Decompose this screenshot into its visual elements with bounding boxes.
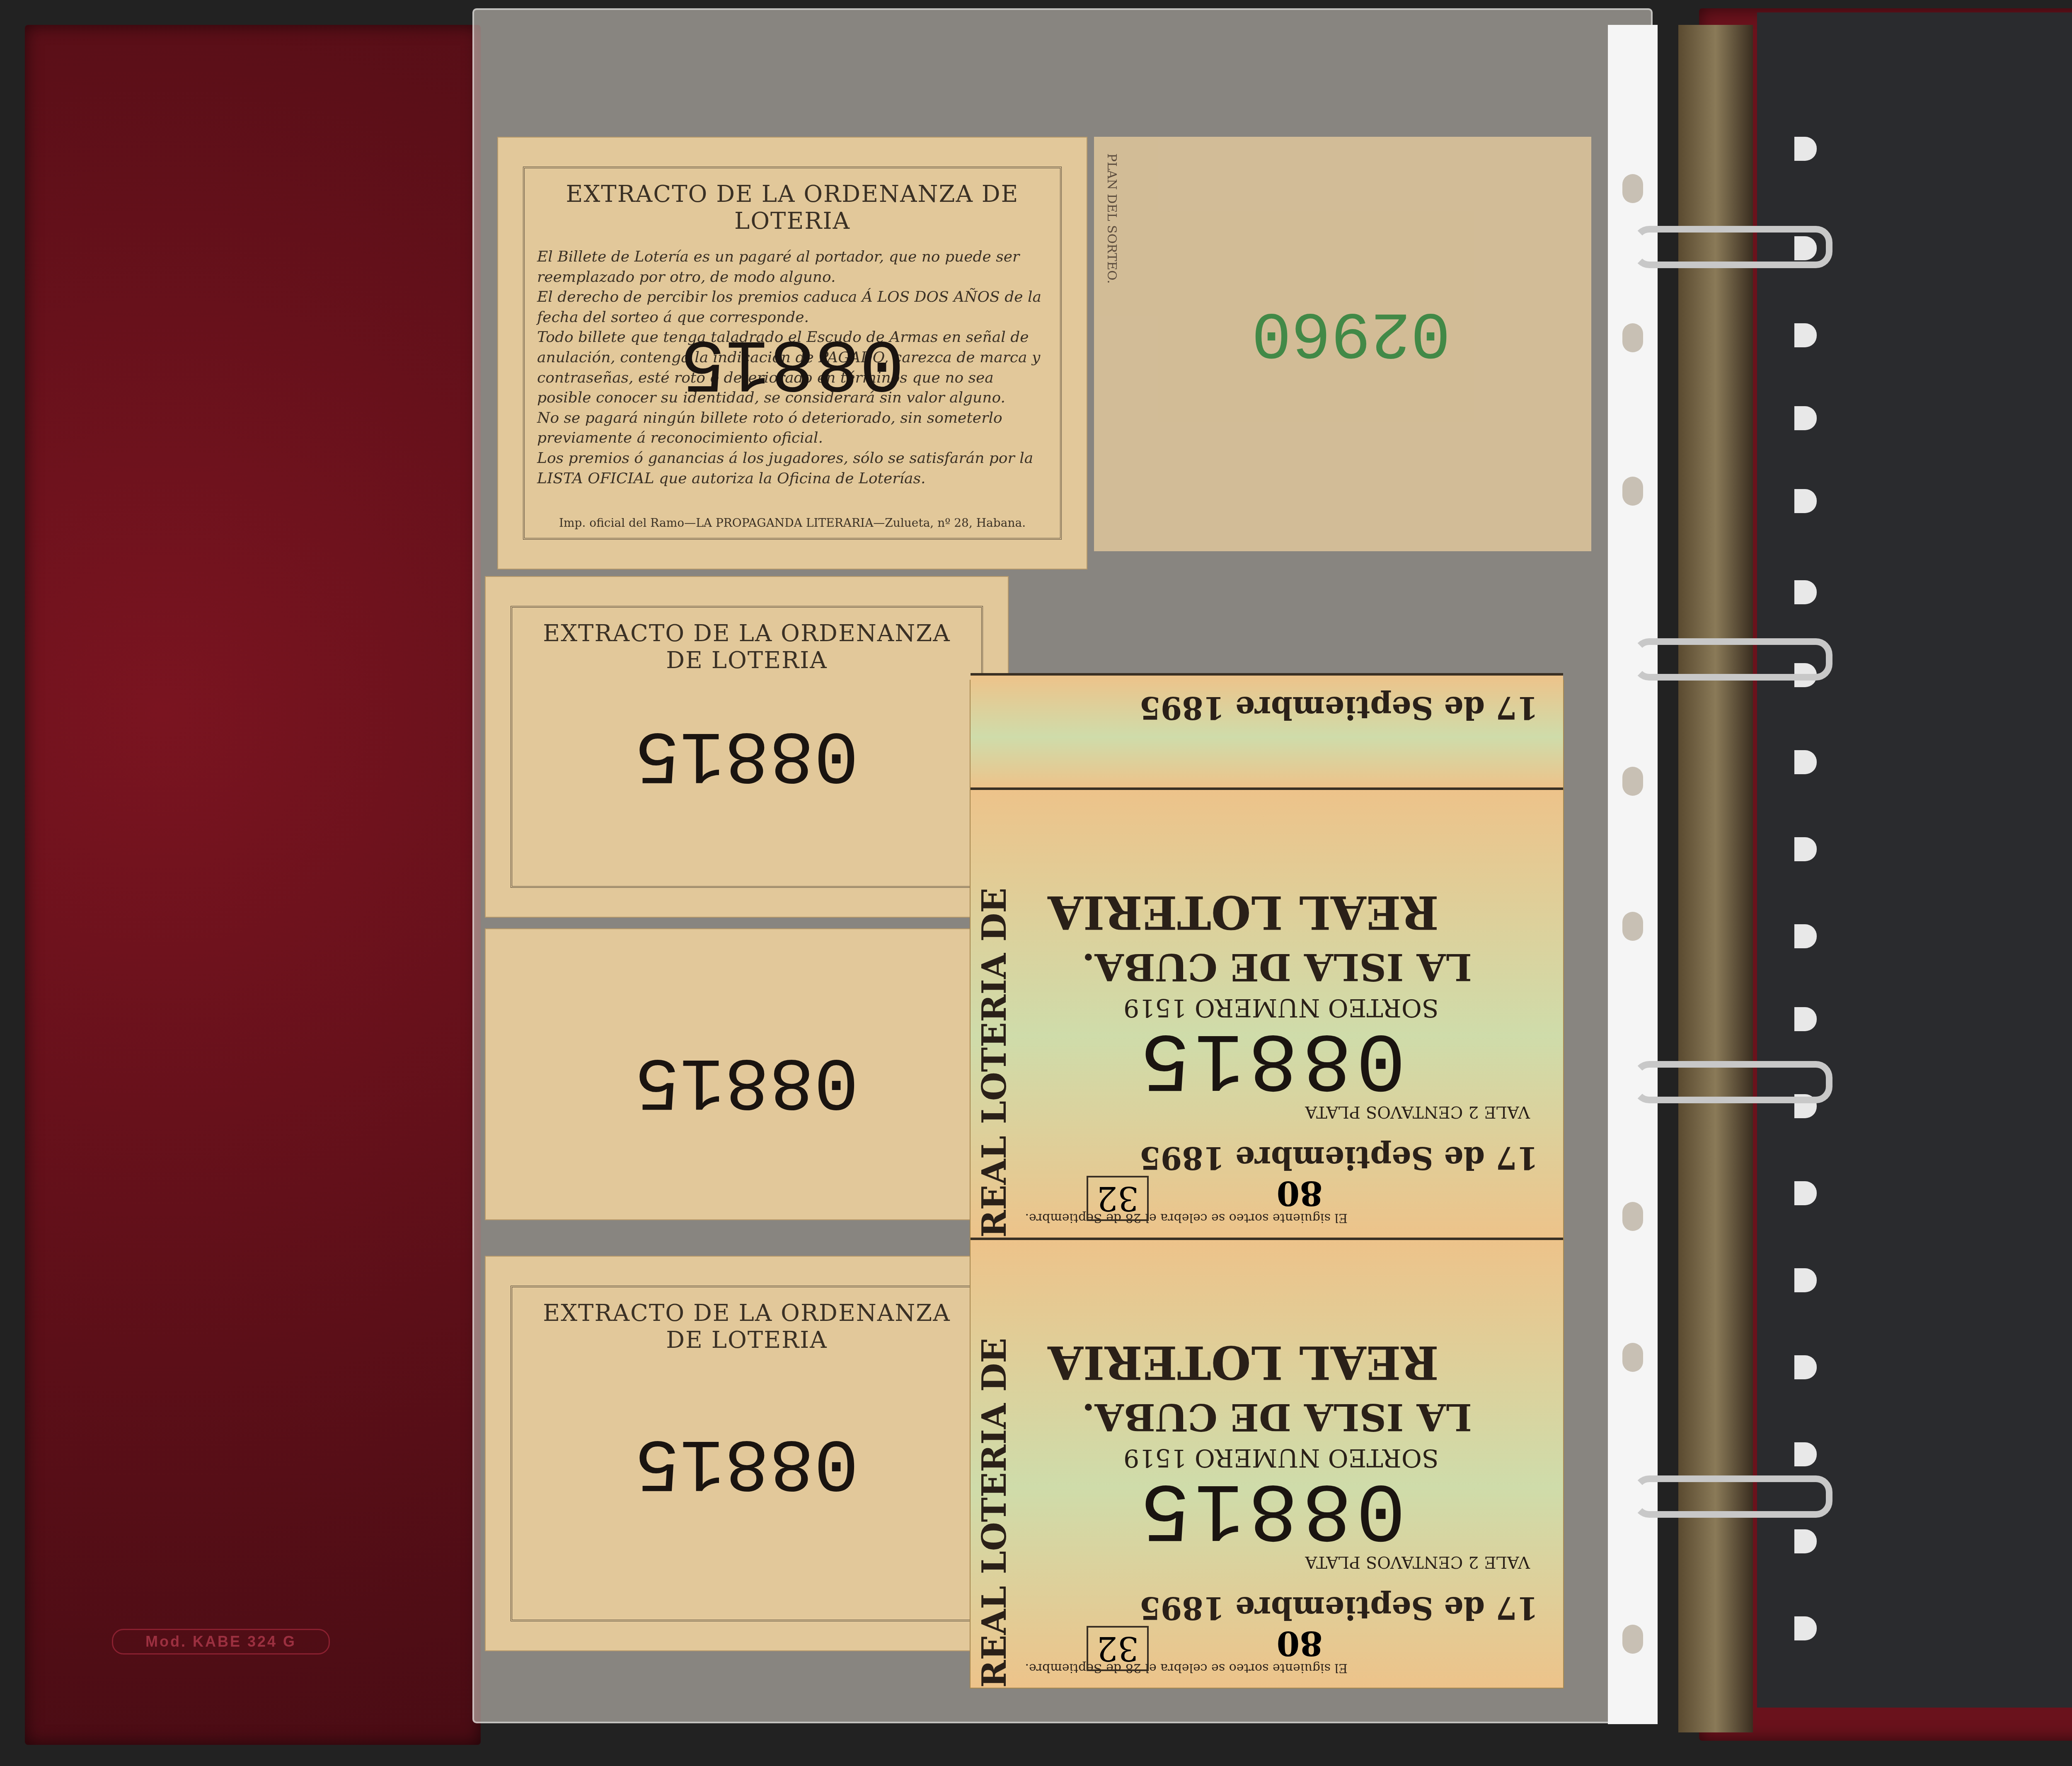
sorteo-label: SORTEO NUMERO 1519 [1123, 1443, 1439, 1472]
side-label: REAL LOTERIA DE [975, 1240, 1000, 1688]
ticket-number: 08815 [1136, 1461, 1406, 1555]
title-real-loteria: REAL LOTERIA [1048, 886, 1439, 939]
punch-hole [1622, 477, 1643, 506]
punch-hole [1622, 323, 1643, 352]
ticket-number: 08815 [635, 711, 859, 796]
extract-ticket-2: EXTRACTO DE LA ORDENANZA DE LOTERIA 0881… [485, 576, 1009, 918]
next-draw-note: El siguiente sorteo se celebra el 28 de … [1025, 1661, 1348, 1675]
serial: 80 [1277, 1174, 1323, 1213]
ticket-number: 08815 [680, 320, 904, 404]
serial: 80 [1277, 1624, 1323, 1663]
extract-ticket-1: EXTRACTO DE LA ORDENANZA DE LOTERIA El B… [497, 137, 1087, 569]
page-hole [1794, 137, 1817, 161]
punch-hole [1622, 1343, 1643, 1372]
ticket-number: 08815 [635, 1419, 859, 1504]
page-hole [1794, 924, 1817, 948]
page-hole [1794, 750, 1817, 774]
page-hole [1794, 1355, 1817, 1379]
page-hole [1794, 406, 1817, 430]
punch-hole [1622, 174, 1643, 203]
binder-left-cover [25, 25, 481, 1745]
plan-ticket-heading: PLAN DEL SORTEO. [1104, 153, 1119, 283]
page-hole [1794, 1268, 1817, 1292]
plan-ticket: 02960 PLAN DEL SORTEO. [1094, 137, 1591, 551]
binder-ring [1633, 1475, 1832, 1518]
punch-hole [1622, 1625, 1643, 1654]
stamp: 32 [1087, 1626, 1149, 1671]
extract-ticket-3: 08815 [485, 928, 1009, 1220]
page-hole [1794, 1442, 1817, 1466]
draw-date: 17 de Septiembre 1895 [1139, 1590, 1538, 1625]
ticket-number: 08815 [1136, 1011, 1406, 1105]
page-hole [1794, 1529, 1817, 1553]
title-cuba: LA ISLA DE CUBA. [1082, 1395, 1472, 1439]
punch-hole [1622, 1202, 1643, 1231]
page-hole [1794, 1616, 1817, 1640]
ticket-paragraph: Los premios ó ganancias á los jugadores,… [537, 448, 1048, 489]
binder-ring [1633, 1061, 1832, 1103]
binder-emboss-label: Mod. KABE 324 G [112, 1629, 330, 1655]
draw-date: 17 de Septiembre 1895 [1139, 690, 1538, 725]
ticket-title: EXTRACTO DE LA ORDENANZA DE LOTERIA [525, 620, 969, 674]
cuba-ticket: El siguiente sorteo se celebra el 28 de … [971, 787, 1563, 1238]
sleeve-hole-strip [1608, 25, 1658, 1724]
punch-hole [1622, 912, 1643, 941]
ticket-title: EXTRACTO DE LA ORDENANZA DE LOTERIA [525, 1300, 969, 1354]
page-hole [1794, 323, 1817, 347]
sorteo-label: SORTEO NUMERO 1519 [1123, 993, 1439, 1022]
page-hole [1794, 1007, 1817, 1031]
ticket-paragraph: El Billete de Lotería es un pagaré al po… [537, 247, 1048, 287]
ticket-title: EXTRACTO DE LA ORDENANZA DE LOTERIA [537, 181, 1048, 235]
binder-ring [1633, 226, 1832, 268]
ticket-paragraph: No se pagará ningún billete roto ó deter… [537, 408, 1048, 448]
side-label: REAL LOTERIA DE [975, 790, 1000, 1238]
cuba-ticket-strip: El siguiente sorteo se celebra el 28 de … [970, 680, 1564, 1688]
punch-hole [1622, 767, 1643, 796]
title-cuba: LA ISLA DE CUBA. [1082, 945, 1472, 989]
page-hole [1794, 580, 1817, 604]
stamp: 32 [1087, 1176, 1149, 1221]
page-hole [1794, 1181, 1817, 1205]
page-hole [1794, 837, 1817, 861]
plan-ticket-number: 02960 [1251, 294, 1450, 369]
cuba-ticket: El siguiente sorteo se celebra el 28 de … [971, 1238, 1563, 1688]
extract-ticket-4: EXTRACTO DE LA ORDENANZA DE LOTERIA 0881… [485, 1256, 1009, 1651]
value-ribbon: VALE 2 CENTAVOS PLATA [1305, 1553, 1530, 1572]
draw-date: 17 de Septiembre 1895 [1139, 1140, 1538, 1175]
title-real-loteria: REAL LOTERIA [1048, 1336, 1439, 1389]
cuba-ticket-partial: 17 de Septiembre 1895 [971, 673, 1563, 787]
next-draw-note: El siguiente sorteo se celebra el 28 de … [1025, 1211, 1348, 1225]
binder-ring [1633, 638, 1832, 681]
page-hole [1794, 489, 1817, 513]
ticket-footer: Imp. oficial del Ramo—LA PROPAGANDA LITE… [525, 516, 1060, 530]
ticket-number: 08815 [635, 1038, 859, 1122]
value-ribbon: VALE 2 CENTAVOS PLATA [1305, 1102, 1530, 1122]
